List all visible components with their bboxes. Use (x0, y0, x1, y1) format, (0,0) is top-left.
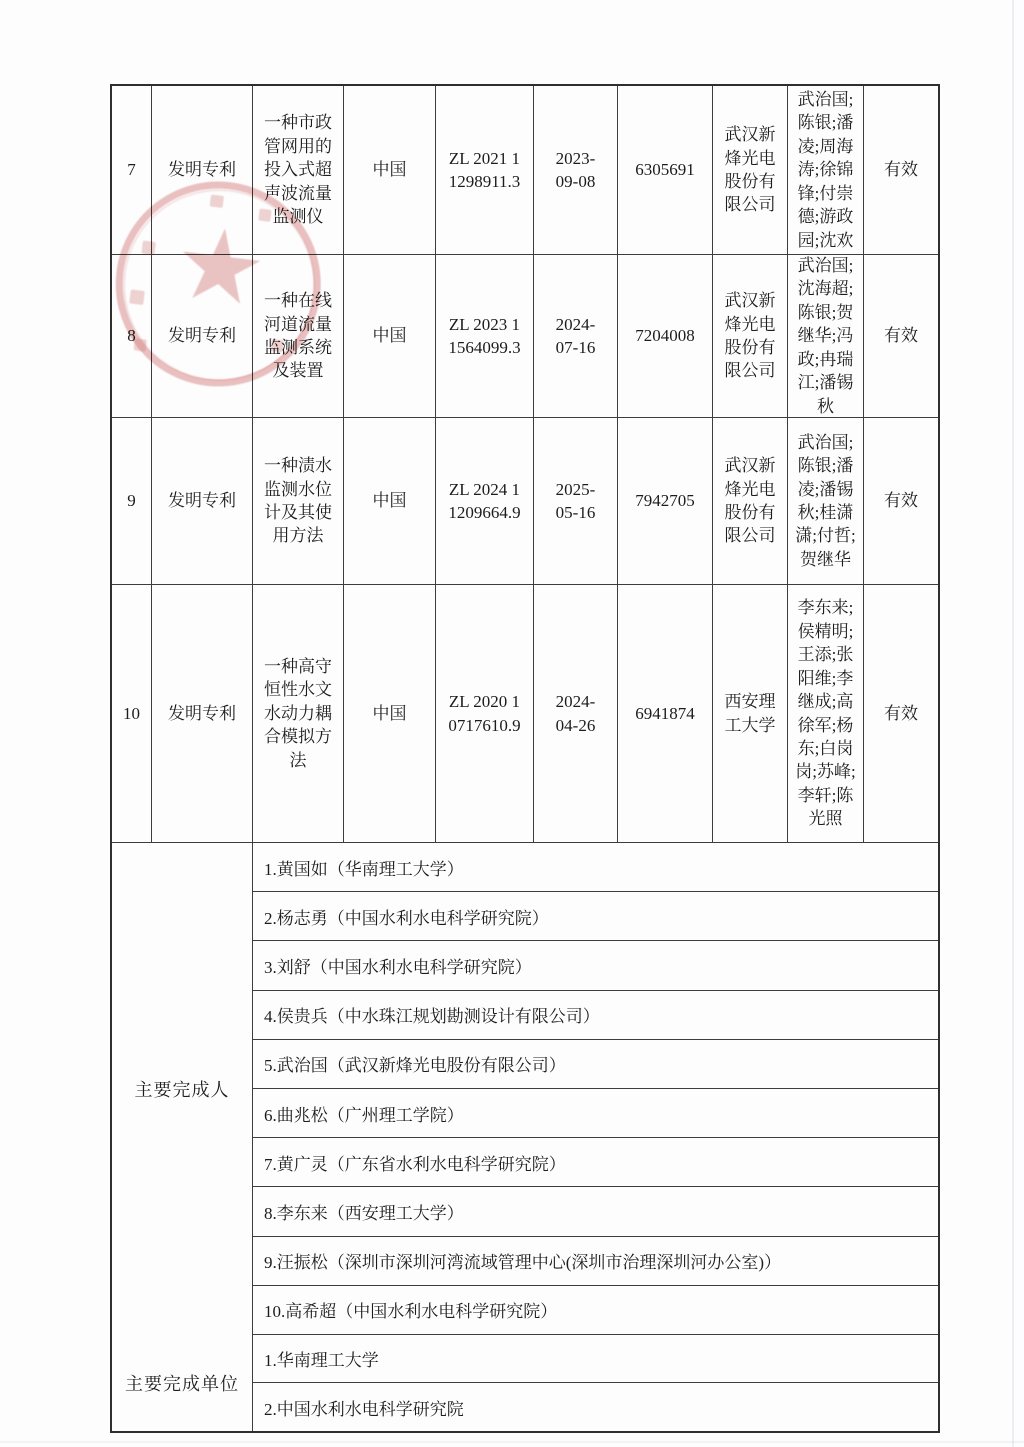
patent-title: 一种高守恒性水文水动力耦合模拟方法 (253, 585, 344, 843)
unit-item: 1.华南理工大学 (253, 1335, 938, 1383)
patent-title: 一种市政管网用的投入式超声波流量监测仪 (253, 86, 344, 255)
grant-date-text: 2023-09-08 (548, 147, 604, 194)
patent-number-text: ZL 2020 1 0717610.9 (442, 690, 528, 737)
row-number: 8 (112, 255, 152, 418)
row-number: 7 (112, 86, 152, 255)
status: 有效 (864, 86, 938, 255)
patent-number-text: ZL 2021 1 1298911.3 (442, 147, 528, 194)
grant-date-text: 2025-05-16 (548, 478, 604, 525)
unit-item: 2.中国水利水电科学研究院 (253, 1383, 938, 1431)
inventors: 武治国;陈银;潘凌;潘锡秋;桂潇潇;付哲;贺继华 (788, 418, 864, 585)
completer-item: 2.杨志勇（中国水利水电科学研究院） (253, 892, 938, 941)
certificate-number: 7204008 (618, 255, 713, 418)
main-completers-list: 1.黄国如（华南理工大学） 2.杨志勇（中国水利水电科学研究院） 3.刘舒（中国… (253, 843, 938, 1335)
patent-category: 发明专利 (152, 585, 253, 843)
patent-category: 发明专利 (152, 86, 253, 255)
patent-title: 一种渍水监测水位计及其使用方法 (253, 418, 344, 585)
certificate-number: 6305691 (618, 86, 713, 255)
patent-document-table: 7 发明专利 一种市政管网用的投入式超声波流量监测仪 中国 ZL 2021 1 … (110, 84, 940, 1433)
row-number: 9 (112, 418, 152, 585)
completer-item: 10.高希超（中国水利水电科学研究院） (253, 1286, 938, 1335)
completer-item: 9.汪振松（深圳市深圳河湾流域管理中心(深圳市治理深圳河办公室)） (253, 1237, 938, 1286)
patent-rows-grid: 7 发明专利 一种市政管网用的投入式超声波流量监测仪 中国 ZL 2021 1 … (112, 86, 938, 843)
patent-country: 中国 (344, 86, 436, 255)
patent-number: ZL 2023 1 1564099.3 (436, 255, 534, 418)
completer-item: 5.武治国（武汉新烽光电股份有限公司） (253, 1040, 938, 1089)
patent-title: 一种在线河道流量监测系统及装置 (253, 255, 344, 418)
completer-item: 1.黄国如（华南理工大学） (253, 843, 938, 892)
patent-country: 中国 (344, 255, 436, 418)
patentee: 武汉新烽光电股份有限公司 (713, 255, 788, 418)
patent-country: 中国 (344, 418, 436, 585)
certificate-number: 6941874 (618, 585, 713, 843)
completer-item: 3.刘舒（中国水利水电科学研究院） (253, 941, 938, 990)
completer-item: 7.黄广灵（广东省水利水电科学研究院） (253, 1138, 938, 1187)
patent-number-text: ZL 2024 1 1209664.9 (442, 478, 528, 525)
scan-page-edge-bottom (0, 1441, 1024, 1443)
completer-item: 8.李东来（西安理工大学） (253, 1187, 938, 1236)
patent-number-text: ZL 2023 1 1564099.3 (442, 313, 528, 360)
patent-number: ZL 2020 1 0717610.9 (436, 585, 534, 843)
grant-date: 2024-07-16 (534, 255, 618, 418)
patentee: 武汉新烽光电股份有限公司 (713, 86, 788, 255)
inventors: 李东来;侯精明;王添;张阳维;李继成;高徐军;杨东;白岗岗;苏峰;李轩;陈光照 (788, 585, 864, 843)
grant-date-text: 2024-04-26 (548, 690, 604, 737)
grant-date-text: 2024-07-16 (548, 313, 604, 360)
grant-date: 2023-09-08 (534, 86, 618, 255)
main-completers-section: 主要完成人 1.黄国如（华南理工大学） 2.杨志勇（中国水利水电科学研究院） 3… (112, 843, 938, 1335)
inventors: 武治国;沈海超;陈银;贺继华;冯政;冉瑞江;潘锡秋 (788, 255, 864, 418)
scan-page-edge (1012, 0, 1014, 1447)
grant-date: 2024-04-26 (534, 585, 618, 843)
main-units-list: 1.华南理工大学 2.中国水利水电科学研究院 (253, 1335, 938, 1431)
status: 有效 (864, 418, 938, 585)
inventors: 武治国;陈银;潘凌;周海涛;徐锦锋;付崇德;游政园;沈欢 (788, 86, 864, 255)
main-units-label: 主要完成单位 (112, 1335, 253, 1431)
patent-number: ZL 2024 1 1209664.9 (436, 418, 534, 585)
patentee: 武汉新烽光电股份有限公司 (713, 418, 788, 585)
main-units-section: 主要完成单位 1.华南理工大学 2.中国水利水电科学研究院 (112, 1335, 938, 1431)
main-completers-label: 主要完成人 (112, 843, 253, 1335)
patent-country: 中国 (344, 585, 436, 843)
patent-number: ZL 2021 1 1298911.3 (436, 86, 534, 255)
patentee: 西安理工大学 (713, 585, 788, 843)
completer-item: 4.侯贵兵（中水珠江规划勘测设计有限公司） (253, 991, 938, 1040)
patent-category: 发明专利 (152, 255, 253, 418)
certificate-number: 7942705 (618, 418, 713, 585)
row-number: 10 (112, 585, 152, 843)
patent-category: 发明专利 (152, 418, 253, 585)
grant-date: 2025-05-16 (534, 418, 618, 585)
status: 有效 (864, 255, 938, 418)
completer-item: 6.曲兆松（广州理工学院） (253, 1089, 938, 1138)
status: 有效 (864, 585, 938, 843)
